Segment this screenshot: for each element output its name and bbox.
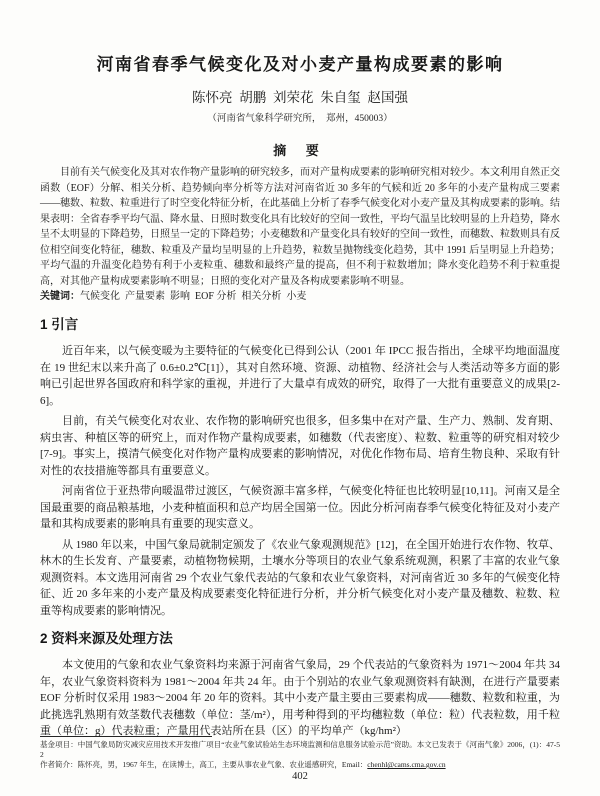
author-list: 陈怀亮 胡鹏 刘荣花 朱自玺 赵国强 [40,89,560,107]
abstract-body: 目前有关气候变化及其对农作物产量影响的研究较多，而对产量构成要素的影响研究相对较… [40,165,560,289]
keywords-text: 气候变化 产量要素 影响 EOF 分析 相关分析 小麦 [80,291,306,302]
intro-paragraph: 近百年来，以气候变暖为主要特征的气候变化已得到公认（2001 年 IPCC 报告… [40,343,560,409]
intro-paragraph: 从 1980 年以来，中国气象局就制定颁发了《农业气象观测规范》[12]，在全国… [40,537,560,620]
abstract-heading: 摘 要 [40,143,560,159]
keywords-label: 关键词： [40,291,80,302]
paper-page: 河南省春季气候变化及对小麦产量构成要素的影响 陈怀亮 胡鹏 刘荣花 朱自玺 赵国… [0,0,600,796]
section-heading-data-methods: 2 资料来源及处理方法 [40,631,560,646]
section-heading-introduction: 1 引言 [40,317,560,332]
footnote-author-bio: 作者简介：陈怀亮，男，1967 年生，在读博士，高工，主要从事农业气象、农业遥感… [40,760,560,770]
author-bio-text: 作者简介：陈怀亮，男，1967 年生，在读博士，高工，主要从事农业气象、农业遥感… [40,760,367,769]
author-email: chenhl@cams.cma.gov.cn [367,760,445,769]
page-content: 河南省春季气候变化及对小麦产量构成要素的影响 陈怀亮 胡鹏 刘荣花 朱自玺 赵国… [0,0,600,740]
paper-title: 河南省春季气候变化及对小麦产量构成要素的影响 [40,55,560,75]
footnote-fund: 基金项目：中国气象局防灾减灾应用技术开发推广项目“农业气象试验站生态环境监测和信… [40,740,560,760]
affiliation: （河南省气象科学研究所， 郑州，450003） [40,113,560,125]
intro-paragraph: 河南省位于亚热带向暖温带过渡区，气候资源丰富多样，气候变化特征也比较明显[10,… [40,483,560,533]
footnote-separator [40,736,212,737]
page-number: 402 [0,771,600,782]
footnote-block: 基金项目：中国气象局防灾减灾应用技术开发推广项目“农业气象试验站生态环境监测和信… [40,736,560,770]
keywords-line: 关键词：气候变化 产量要素 影响 EOF 分析 相关分析 小麦 [40,289,560,305]
intro-paragraph: 目前，有关气候变化对农业、农作物的影响研究也很多，但多集中在对产量、生产力、熟制… [40,413,560,479]
data-methods-paragraph: 本文使用的气象和农业气象资料均来源于河南省气象局，29 个代表站的气象资料为 1… [40,657,560,740]
